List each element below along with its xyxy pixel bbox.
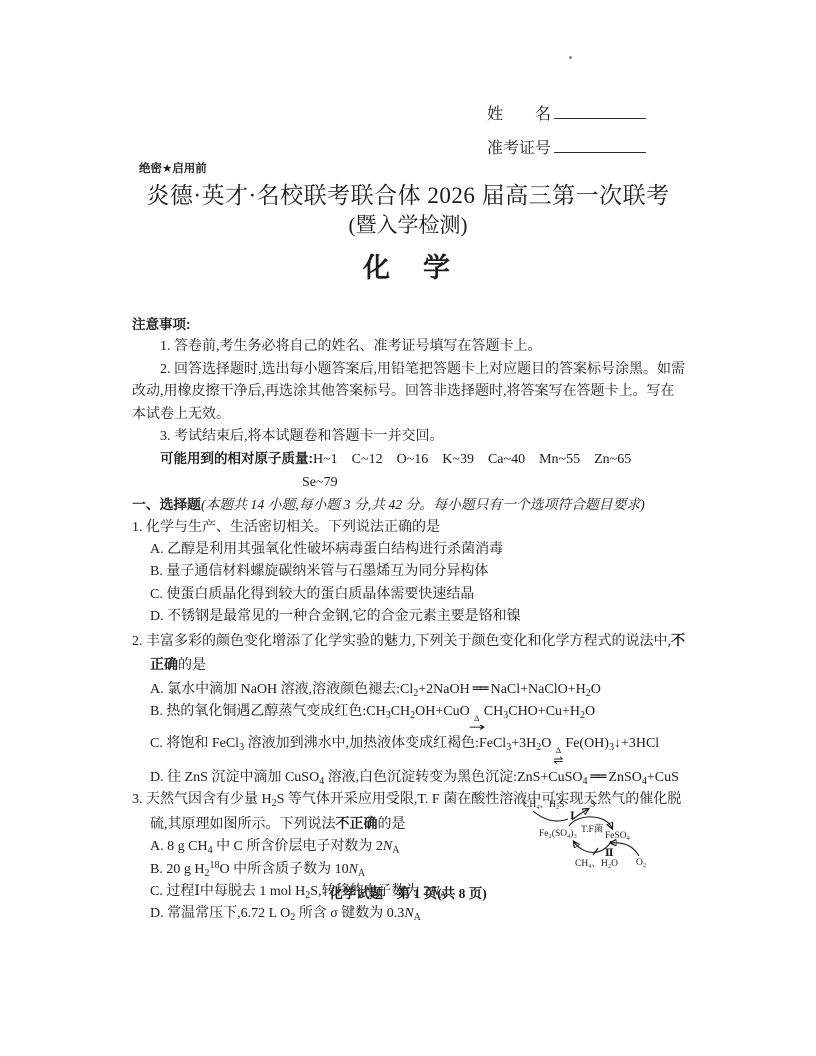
diagram-reduced-label: FeSO₄ — [605, 831, 630, 841]
atomic-masses-values: H~1 C~12 O~16 K~39 Ca~40 Mn~55 Zn~65 — [313, 452, 631, 467]
question-2: 2. 丰富多彩的颜色变化增添了化学实验的魅力,下列关于颜色变化和化学方程式的说法… — [132, 629, 685, 790]
option-a: A. 乙醇是利用其强氧化性破坏病毒蛋白结构进行杀菌消毒 — [132, 539, 685, 561]
option-b: B. 热的氧化铜遇乙醇蒸气变成红色:CH3CH2OH+CuOΔ→CH3CHO+C… — [132, 701, 685, 734]
note-item: 2. 回答选择题时,选出每小题答案后,用铅笔把答题卡上对应题目的答案标号涂黑。如… — [132, 359, 685, 426]
exam-title: 炎德·英才·名校联考联合体 2026 届高三第一次联考 — [0, 177, 816, 210]
option-c: C. 将饱和 FeCl3 溶液加到沸水中,加热液体变成红褐色:FeCl3+3H2… — [132, 733, 685, 766]
diagram-feed-label: CH₄、H₂S — [523, 800, 564, 810]
notes-heading: 注意事项: — [132, 314, 685, 336]
question-stem: 1. 化学与生产、生活密切相关。下列说法正确的是 — [132, 517, 685, 539]
atomic-masses-label: 可能用到的相对原子质量: — [160, 451, 313, 466]
diagram-oxidant-label: Fe₂(SO₄)₃ — [539, 828, 577, 839]
exam-subtitle: (暨入学检测) — [0, 209, 816, 239]
note-item: 3. 考试结束后,将本试题卷和答题卡一并交回。 — [132, 426, 685, 448]
name-blank-line — [554, 101, 646, 119]
diagram-bacteria-label: T.F菌 — [581, 823, 604, 835]
atomic-masses-continued: Se~79 — [132, 472, 685, 494]
diagram-sulfur-label: S — [590, 800, 595, 810]
name-field-row: 姓 名 — [487, 101, 646, 124]
question-1: 1. 化学与生产、生活密切相关。下列说法正确的是 A. 乙醇是利用其强氧化性破坏… — [132, 517, 685, 629]
option-a: A. 氯水中滴加 NaOH 溶液,溶液颜色褪去:Cl2+2NaOH══NaCl+… — [132, 678, 685, 701]
oxygen-inlet-curve — [611, 843, 639, 856]
diagram-step1-label: Ⅰ — [570, 811, 575, 822]
scan-artifact-dot — [569, 56, 572, 59]
exam-number-field-row: 准考证号 — [487, 135, 646, 158]
option-c: C. 使蛋白质晶化得到较大的蛋白质晶体需要快速结晶 — [132, 584, 685, 606]
note-item: 1. 答卷前,考生务必将自己的姓名、准考证号填写在答题卡上。 — [132, 336, 685, 358]
option-b: B. 量子通信材料螺旋碳纳米管与石墨烯互为同分异构体 — [132, 561, 685, 583]
diagram-step2-label: Ⅱ — [605, 848, 613, 859]
exam-number-blank-line — [554, 135, 646, 153]
atomic-masses-line: 可能用到的相对原子质量:H~1 C~12 O~16 K~39 Ca~40 Mn~… — [132, 448, 685, 471]
diagram-outlet-label: CH₄、H₂O — [575, 859, 618, 869]
page-footer: 化学试题 第 1 页(共 8 页) — [0, 882, 816, 902]
exam-paper-page: 姓 名 准考证号 绝密★启用前 炎德·英才·名校联考联合体 2026 届高三第一… — [0, 0, 816, 1056]
feed-inlet-curve — [533, 811, 568, 821]
question-stem: 2. 丰富多彩的颜色变化增添了化学实验的魅力,下列关于颜色变化和化学方程式的说法… — [132, 629, 685, 678]
section-heading: 一、选择题(本题共 14 小题,每小题 3 分,共 42 分。每小题只有一个选项… — [132, 494, 685, 516]
name-label: 姓 名 — [487, 106, 551, 123]
secrecy-notice: 绝密★启用前 — [139, 160, 207, 176]
exam-number-label: 准考证号 — [487, 140, 551, 157]
subject-title: 化 学 — [0, 246, 816, 285]
option-d: D. 不锈钢是最常见的一种合金钢,它的合金元素主要是铬和镍 — [132, 606, 685, 628]
diagram-oxygen-label: O₂ — [636, 858, 646, 868]
